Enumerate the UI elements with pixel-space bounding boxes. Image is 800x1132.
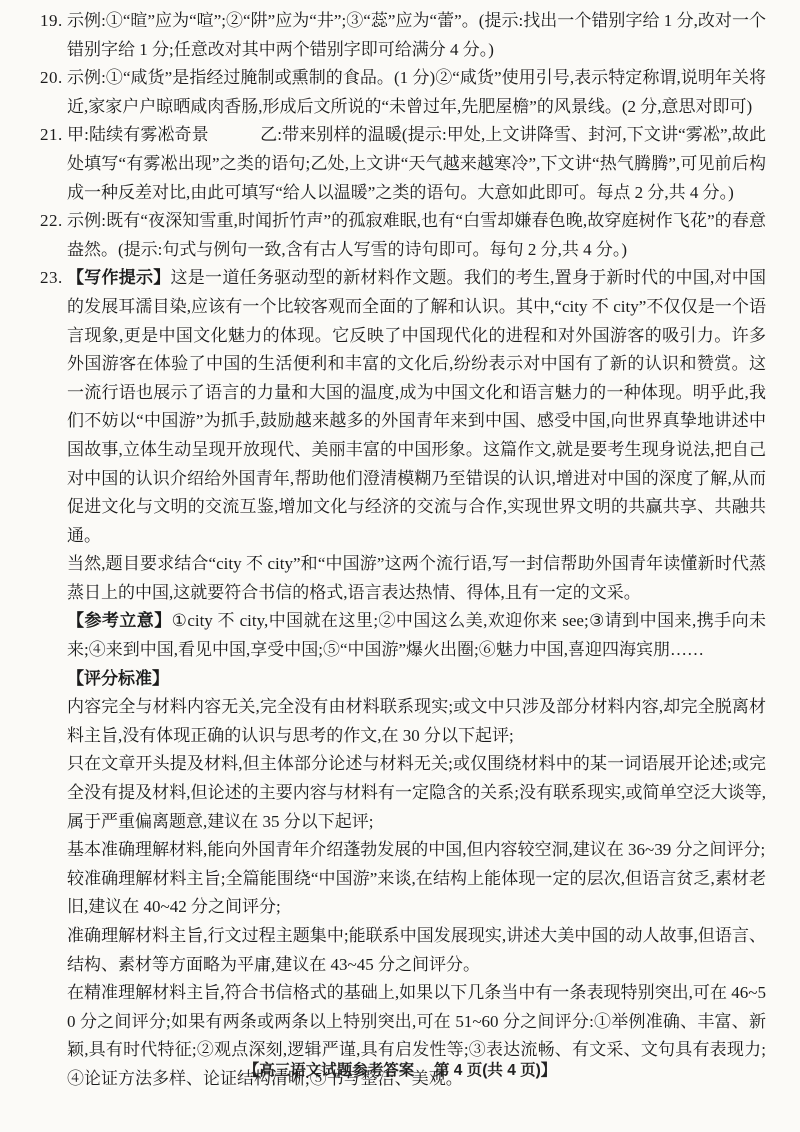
answer-item-20: 20. 示例:①“咸货”是指经过腌制或熏制的食品。(1 分)②“咸货”使用引号,… [40, 64, 766, 121]
answer-text: ①city 不 city,中国就在这里;②中国这么美,欢迎你来 see;③请到中… [67, 611, 766, 659]
answer-text: 当然,题目要求结合“city 不 city”和“中国游”这两个流行语,写一封信帮… [67, 554, 766, 602]
item-number: 21. [40, 121, 63, 150]
scoring-band-paragraph: 只在文章开头提及材料,但主体部分论述与材料无关;或仅围绕材料中的某一词语展开论述… [67, 750, 766, 836]
item-number: 22. [40, 207, 63, 236]
answer-text: 这是一道任务驱动型的新材料作文题。我们的考生,置身于新时代的中国,对中国的发展耳… [67, 268, 766, 544]
scoring-band-paragraph: 内容完全与材料内容无关,完全没有由材料联系现实;或文中只涉及部分材料内容,却完全… [67, 693, 766, 750]
reference-ideas-label: 【参考立意】 [67, 611, 172, 630]
answer-item-19: 19. 示例:①“暄”应为“喧”;②“阱”应为“井”;③“蕊”应为“蕾”。(提示… [40, 7, 766, 64]
scoring-band-paragraph: 准确理解材料主旨,行文过程主题集中;能联系中国发展现实,讲述大美中国的动人故事,… [67, 922, 766, 979]
answer-item-22: 22. 示例:既有“夜深知雪重,时闻折竹声”的孤寂难眠,也有“白雪却嫌春色晚,故… [40, 207, 766, 264]
answer-item-23: 23. 【写作提示】这是一道任务驱动型的新材料作文题。我们的考生,置身于新时代的… [40, 264, 766, 1093]
answer-text: 准确理解材料主旨,行文过程主题集中;能联系中国发展现实,讲述大美中国的动人故事,… [67, 926, 766, 974]
answer-item-21: 21. 甲:陆续有雾凇奇景 乙:带来别样的温暖(提示:甲处,上文讲降雪、封河,下… [40, 121, 766, 207]
answer-text: 示例:①“咸货”是指经过腌制或熏制的食品。(1 分)②“咸货”使用引号,表示特定… [67, 68, 766, 116]
answer-text: 只在文章开头提及材料,但主体部分论述与材料无关;或仅围绕材料中的某一词语展开论述… [67, 754, 766, 830]
answer-text: 示例:既有“夜深知雪重,时闻折竹声”的孤寂难眠,也有“白雪却嫌春色晚,故穿庭树作… [67, 211, 766, 259]
answer-text: 内容完全与材料内容无关,完全没有由材料联系现实;或文中只涉及部分材料内容,却完全… [67, 697, 766, 745]
writing-hint-paragraph: 【写作提示】这是一道任务驱动型的新材料作文题。我们的考生,置身于新时代的中国,对… [67, 264, 766, 550]
answer-paragraph: 示例:既有“夜深知雪重,时闻折竹声”的孤寂难眠,也有“白雪却嫌春色晚,故穿庭树作… [67, 207, 766, 264]
answer-text: 较准确理解材料主旨;全篇能围绕“中国游”来谈,在结构上能体现一定的层次,但语言贫… [67, 869, 766, 917]
scoring-criteria-label: 【评分标准】 [67, 669, 169, 688]
item-number: 19. [40, 7, 63, 36]
page-footer: 【高三语文试题参考答案 第 4 页(共 4 页)】 [0, 1058, 800, 1080]
scoring-band-paragraph: 基本准确理解材料,能向外国青年介绍蓬勃发展的中国,但内容较空洞,建议在 36~3… [67, 836, 766, 865]
item-number: 23. [40, 264, 63, 293]
answer-key-content: 19. 示例:①“暄”应为“喧”;②“阱”应为“井”;③“蕊”应为“蕾”。(提示… [40, 7, 766, 1094]
answer-paragraph: 示例:①“暄”应为“喧”;②“阱”应为“井”;③“蕊”应为“蕾”。(提示:找出一… [67, 7, 766, 64]
answer-text: 甲:陆续有雾凇奇景 乙:带来别样的温暖(提示:甲处,上文讲降雪、封河,下文讲“雾… [67, 125, 766, 201]
answer-paragraph: 当然,题目要求结合“city 不 city”和“中国游”这两个流行语,写一封信帮… [67, 550, 766, 607]
answer-text: 基本准确理解材料,能向外国青年介绍蓬勃发展的中国,但内容较空洞,建议在 36~3… [67, 840, 765, 859]
reference-ideas-paragraph: 【参考立意】①city 不 city,中国就在这里;②中国这么美,欢迎你来 se… [67, 607, 766, 664]
item-number: 20. [40, 64, 63, 93]
scoring-band-paragraph: 较准确理解材料主旨;全篇能围绕“中国游”来谈,在结构上能体现一定的层次,但语言贫… [67, 865, 766, 922]
answer-text: 示例:①“暄”应为“喧”;②“阱”应为“井”;③“蕊”应为“蕾”。(提示:找出一… [67, 11, 766, 59]
answer-paragraph: 示例:①“咸货”是指经过腌制或熏制的食品。(1 分)②“咸货”使用引号,表示特定… [67, 64, 766, 121]
scoring-criteria-heading: 【评分标准】 [67, 665, 766, 694]
writing-hint-label: 【写作提示】 [67, 268, 171, 287]
answer-key-page: 19. 示例:①“暄”应为“喧”;②“阱”应为“井”;③“蕊”应为“蕾”。(提示… [0, 0, 800, 1132]
answer-paragraph: 甲:陆续有雾凇奇景 乙:带来别样的温暖(提示:甲处,上文讲降雪、封河,下文讲“雾… [67, 121, 766, 207]
